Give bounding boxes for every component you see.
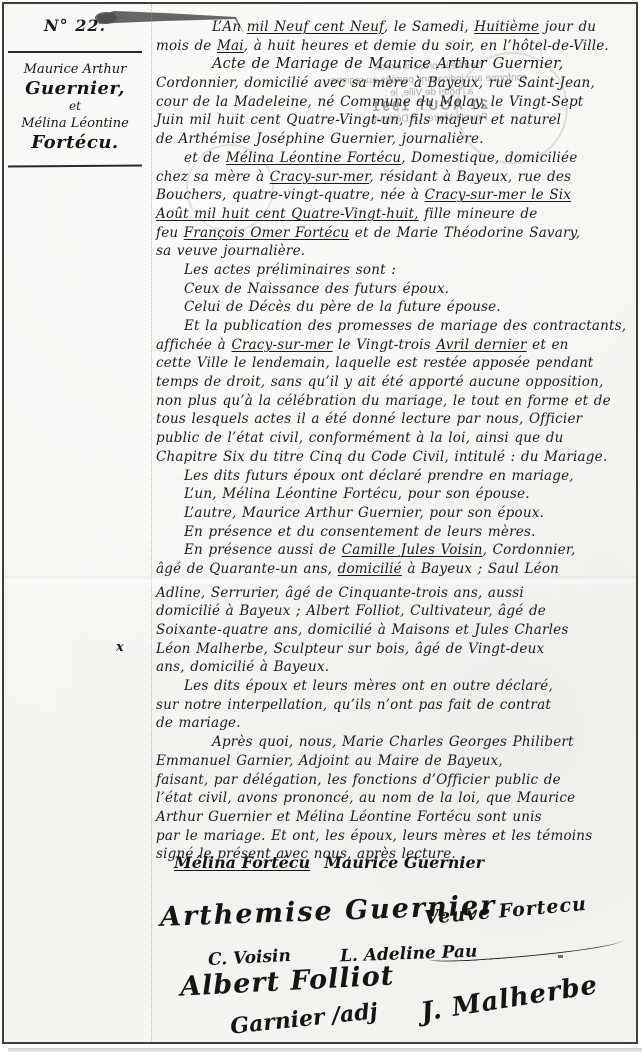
margin-name-line: Mélina Léontine	[4, 114, 146, 133]
margin-name-line: Maurice Arthur	[4, 60, 146, 79]
margin-name-line: Guernier,	[4, 79, 146, 98]
body-line: de Arthémise Joséphine Guernier, journal…	[156, 130, 634, 149]
body-line: faisant, par délégation, les fonctions d…	[156, 771, 634, 790]
margin-column: N° 22. Maurice ArthurGuernier,etMélina L…	[4, 4, 146, 1042]
registry-scan: Certifié le présent extraitconforme aux …	[0, 0, 642, 1054]
act-body-text: L’An mil Neuf cent Neuf, le Samedi, Huit…	[156, 18, 634, 864]
body-line: domicilié à Bayeux ; Albert Folliot, Cul…	[156, 602, 634, 621]
body-line: chez sa mère à Cracy-sur-mer, résidant à…	[156, 168, 634, 187]
body-line: Les dits futurs époux ont déclaré prendr…	[156, 467, 634, 486]
body-line: non plus qu’à la célébration du mariage,…	[156, 392, 634, 411]
act-number: N° 22.	[44, 16, 106, 35]
body-line: Soixante-quatre ans, domicilié à Maisons…	[156, 621, 634, 640]
body-line: Les actes préliminaires sont :	[156, 261, 634, 280]
body-line: Emmanuel Garnier, Adjoint au Maire de Ba…	[156, 752, 634, 771]
body-line: L’un, Mélina Léontine Fortécu, pour son …	[156, 485, 634, 504]
body-line: Celui de Décès du père de la future épou…	[156, 298, 634, 317]
margin-rule-top	[8, 51, 142, 53]
ink-speck	[558, 955, 563, 958]
scan-shadow	[8, 1048, 642, 1052]
body-line: cour de la Madeleine, né Commune du Mola…	[156, 93, 634, 112]
body-line: Bouchers, quatre-vingt-quatre, née à Cra…	[156, 186, 634, 205]
couple-signatures: Mélina FortécuMaurice Guernier	[174, 853, 498, 872]
margin-rule-bottom	[8, 165, 142, 168]
body-line: Adline, Serrurier, âgé de Cinquante-troi…	[156, 584, 634, 603]
body-line: Arthur Guernier et Mélina Léontine Forté…	[156, 808, 634, 827]
body-line: En présence et du consentement de leurs …	[156, 523, 634, 542]
body-line: sur notre interpellation, qu’ils n’ont p…	[156, 696, 634, 715]
margin-annotation-mark: x	[116, 640, 124, 655]
body-line: Léon Malherbe, Sculpteur sur bois, âgé d…	[156, 640, 634, 659]
body-line: l’état civil, avons prononcé, au nom de …	[156, 789, 634, 808]
body-line: public de l’état civil, conformément à l…	[156, 429, 634, 448]
body-line: Et la publication des promesses de maria…	[156, 317, 634, 336]
body-line: L’An mil Neuf cent Neuf, le Samedi, Huit…	[156, 18, 634, 37]
body-line: L’autre, Maurice Arthur Guernier, pour s…	[156, 504, 634, 523]
body-line: Juin mil huit cent Quatre-Vingt-un, fils…	[156, 111, 634, 130]
body-line: Cordonnier, domicilié avec sa mère à Bay…	[156, 74, 634, 93]
body-line: sa veuve journalière.	[156, 242, 634, 261]
body-line: Août mil huit cent Quatre-Vingt-huit, fi…	[156, 205, 634, 224]
body-line: Ceux de Naissance des futurs époux.	[156, 280, 634, 299]
body-line: En présence aussi de Camille Jules Voisi…	[156, 541, 634, 560]
body-line: et de Mélina Léontine Fortécu, Domestiqu…	[156, 149, 634, 168]
body-line: Acte de Mariage de Maurice Arthur Guerni…	[156, 55, 634, 74]
body-line: Chapitre Six du titre Cinq du Code Civil…	[156, 448, 634, 467]
body-line: feu François Omer Fortécu et de Marie Th…	[156, 224, 634, 243]
body-line: Les dits époux et leurs mères ont en out…	[156, 677, 634, 696]
page: Certifié le présent extraitconforme aux …	[2, 2, 638, 1044]
body-line: mois de Mai, à huit heures et demie du s…	[156, 37, 634, 56]
margin-party-names: Maurice ArthurGuernier,etMélina Léontine…	[4, 60, 146, 152]
signature-garnier-adjoint: Garnier /adj	[229, 998, 379, 1039]
body-line: ans, domicilié à Bayeux.	[156, 658, 634, 677]
margin-divider-line	[151, 4, 152, 1042]
margin-name-line: Fortécu.	[4, 133, 146, 152]
body-line: tous lesquels actes il a été donné lectu…	[156, 410, 634, 429]
body-line: temps de droit, sans qu’il y ait été app…	[156, 373, 634, 392]
body-line: Après quoi, nous, Marie Charles Georges …	[156, 733, 634, 752]
body-line: cette Ville le lendemain, laquelle est r…	[156, 354, 634, 373]
body-line: de mariage.	[156, 714, 634, 733]
body-line: affichée à Cracy-sur-mer le Vingt-trois …	[156, 336, 634, 355]
body-line: âgé de Quarante-un ans, domicilié à Baye…	[156, 560, 634, 579]
signature-malherbe: J. Malherbe	[419, 970, 600, 1028]
margin-name-line: et	[4, 98, 146, 114]
body-line: par le mariage. Et ont, les époux, leurs…	[156, 827, 634, 846]
